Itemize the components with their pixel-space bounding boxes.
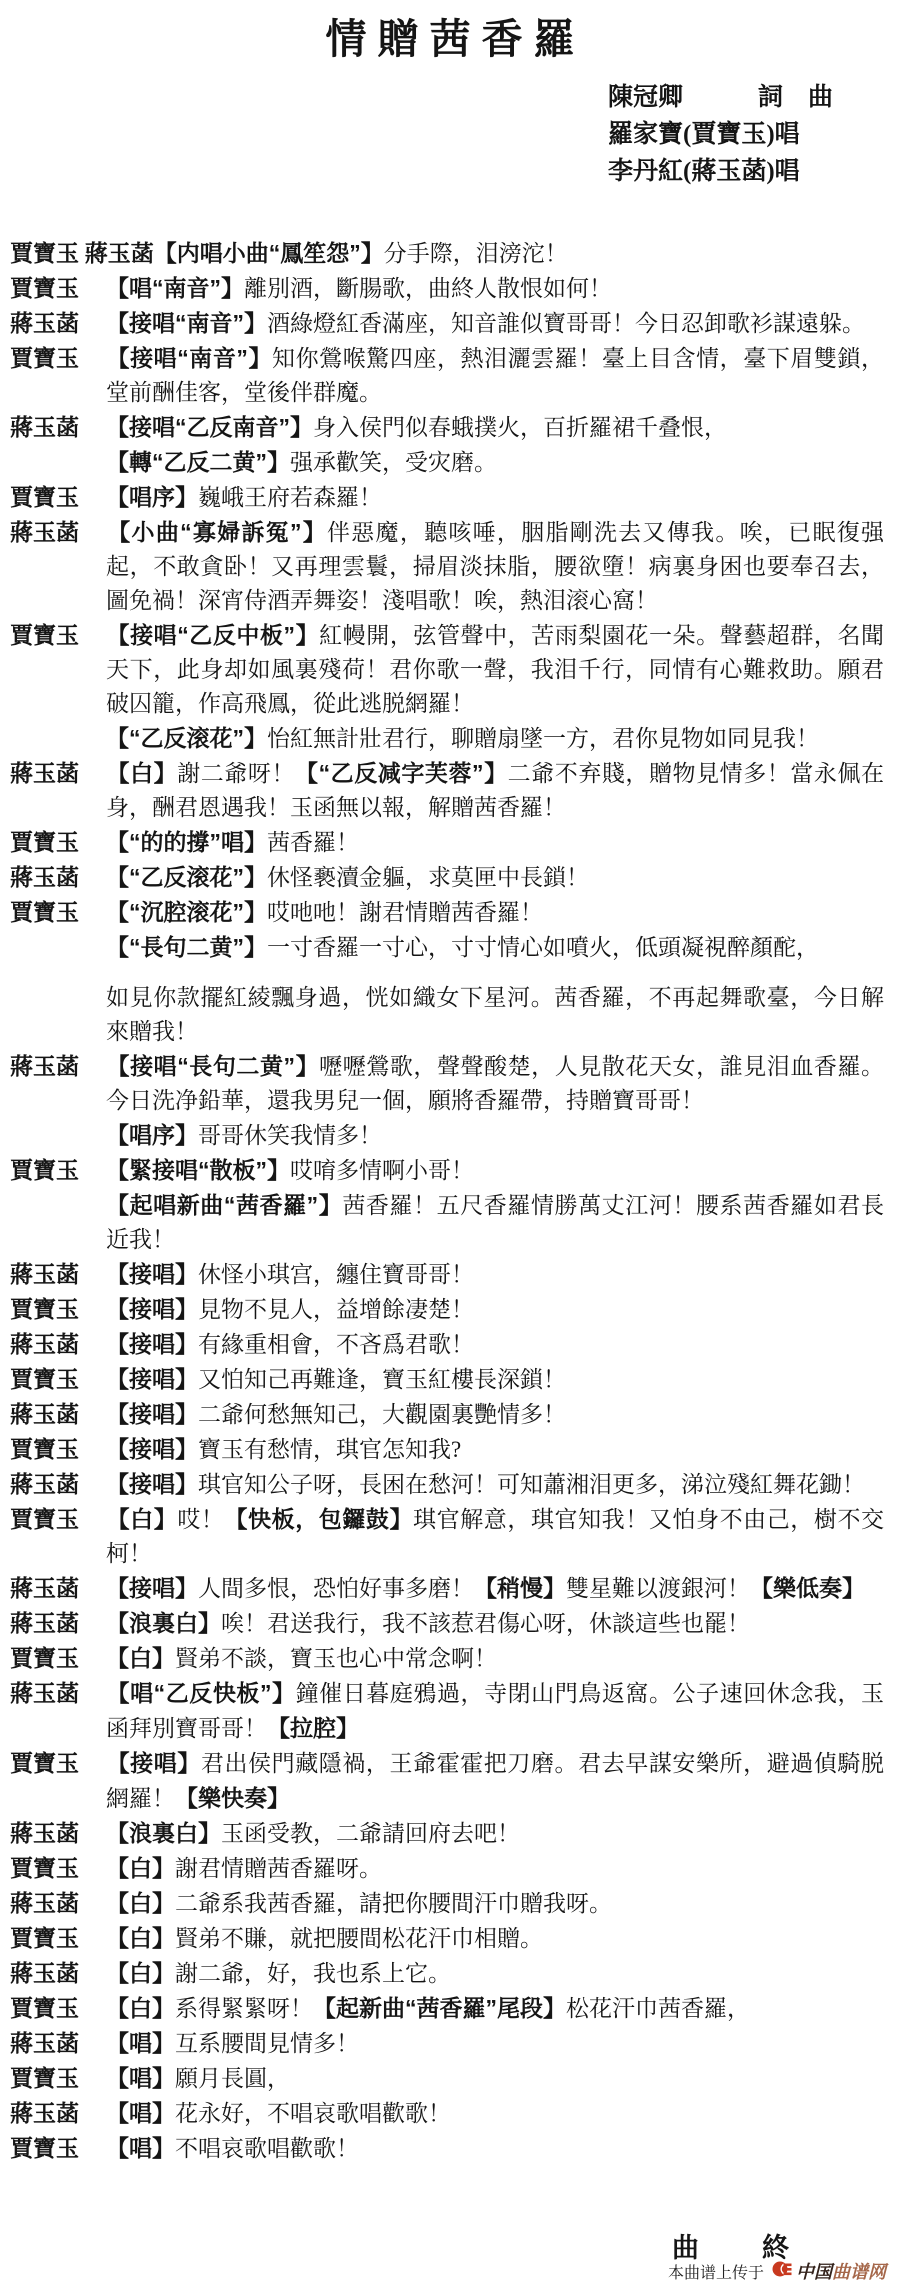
- script-row: 蔣玉菡【小曲“寡婦訴冤”】伴惡魔，聽咳唾，胭脂剛洗去又傳我。唉，已眠復强起，不敢…: [10, 515, 884, 618]
- script-row: 賈寶玉【接唱“乙反中板”】紅幔開，弦管聲中，苦雨梨園花一朵。聲藝超群，名聞天下，…: [10, 618, 884, 756]
- lyric-paragraph: 【“乙反滚花”】怡紅無計壯君行，聊贈扇墜一方，君你見物如同見我！: [106, 721, 884, 756]
- speaker-label: 賈寶玉: [10, 619, 106, 653]
- speaker-label: 蔣玉菡: [10, 1677, 106, 1711]
- script-row: 蔣玉菡【接唱】休怪小琪宫，纏住寶哥哥！: [10, 1257, 884, 1292]
- speaker-label: 蔣玉菡: [10, 1328, 106, 1362]
- lyric-text: 【接唱】有緣重相會，不吝爲君歌！: [106, 1332, 474, 1357]
- speaker-label: 蔣玉菡: [10, 1050, 106, 1084]
- speaker-label: 蔣玉菡: [10, 307, 106, 341]
- speaker-label: 賈寶玉: [10, 481, 106, 515]
- script-row: 賈寶玉【唱】不唱哀歌唱歡歌！: [10, 2131, 884, 2166]
- script-row: 賈寶玉 蔣玉菡【内唱小曲“鳳笙怨”】分手際，泪滂沱！: [10, 236, 884, 271]
- script-row: 蔣玉菡【“乙反滚花”】休怪褻瀆金軀，求莫匣中長鎖！: [10, 860, 884, 895]
- speaker-label: 賈寶玉: [10, 1363, 106, 1397]
- lyric-text: 【接唱“長句二黄”】嚦嚦鶯歌，聲聲酸楚，人見散花天女，誰見泪血香羅。今日洗净鉛華…: [106, 1054, 884, 1113]
- lyric-text: 【唱序】巍峨王府若森羅！: [106, 485, 382, 510]
- lyric-text: 【接唱】見物不見人，益增餘凄楚！: [106, 1297, 474, 1322]
- credit-composer: 陳冠卿 詞 曲: [608, 79, 848, 116]
- script-row: 賈寶玉【接唱“南音”】知你鶯喉驚四座，熱泪灑雲羅！臺上目含情，臺下眉雙鎖，堂前酬…: [10, 341, 884, 410]
- script-row: 賈寶玉【白】賢弟不賺，就把腰間松花汗巾相贈。: [10, 1921, 884, 1956]
- lyric-text: 【唱“乙反快板”】鐘催日暮庭鴉過，寺閉山門鳥返窩。公子速回休念我，玉函拜別寶哥哥…: [106, 1681, 884, 1741]
- speaker-label: 蔣玉菡: [10, 1817, 106, 1851]
- lyric-text: 【唱】願月長圓，: [106, 2066, 290, 2091]
- site-name-red: 曲谱网: [832, 2258, 886, 2284]
- lyric-text: 【浪裏白】玉函受教，二爺請回府去吧！: [106, 1821, 520, 1846]
- lyric-paragraph: 如見你款擺紅綾飄身過，恍如織女下星河。茜香羅，不再起舞歌臺，今日解來贈我！: [106, 981, 884, 1049]
- script-row: 蔣玉菡【浪裏白】唉！君送我行，我不該惹君傷心呀，休談這些也罷！: [10, 1606, 884, 1641]
- script-row: 蔣玉菡【接唱】有緣重相會，不吝爲君歌！: [10, 1327, 884, 1362]
- lyric-text: 【緊接唱“散板”】哎唷多情啊小哥！: [106, 1158, 474, 1183]
- script-row: 蔣玉菡【接唱】人間多恨，恐怕好事多磨！【稍慢】雙星難以渡銀河！【樂低奏】: [10, 1571, 884, 1606]
- speaker-label: 蔣玉菡: [10, 861, 106, 895]
- script-row: 賈寶玉【唱】願月長圓，: [10, 2061, 884, 2096]
- script-row: 蔣玉菡【接唱“長句二黄”】嚦嚦鶯歌，聲聲酸楚，人見散花天女，誰見泪血香羅。今日洗…: [10, 1049, 884, 1153]
- site-logo-icon: [772, 2259, 792, 2284]
- speaker-label: 蔣玉菡: [10, 1468, 106, 1502]
- speaker-label: 蔣玉菡: [10, 757, 106, 791]
- lyric-text: 【接唱“乙反南音”】身入侯門似春蛾撲火，百折羅裙千叠恨，: [106, 415, 727, 440]
- script-row: 蔣玉菡【唱】互系腰間見情多！: [10, 2026, 884, 2061]
- script-row: 蔣玉菡【白】二爺系我茜香羅，請把你腰間汗巾贈我呀。: [10, 1886, 884, 1921]
- script-row: 蔣玉菡【唱“乙反快板”】鐘催日暮庭鴉過，寺閉山門鳥返窩。公子速回休念我，玉函拜別…: [10, 1676, 884, 1746]
- lyric-text: 【白】哎！【快板，包鑼鼓】琪官解意，琪官知我！又怕身不由己，樹不交柯！: [106, 1507, 884, 1566]
- script-row: 賈寶玉【緊接唱“散板”】哎唷多情啊小哥！【起唱新曲“茜香羅”】茜香羅！五尺香羅情…: [10, 1153, 884, 1257]
- speaker-label: 蔣玉菡: [10, 411, 106, 445]
- speaker-label: 蔣玉菡: [10, 1258, 106, 1292]
- lyric-paragraph: 【“長句二黄”】一寸香羅一寸心，寸寸情心如噴火，低頭凝視醉顏酡，: [106, 930, 884, 965]
- lyric-text: 【小曲“寡婦訴冤”】伴惡魔，聽咳唾，胭脂剛洗去又傳我。唉，已眠復强起，不敢貪卧！…: [106, 520, 884, 613]
- lyric-text: 【白】賢弟不談，寶玉也心中常念啊！: [106, 1646, 497, 1671]
- script-row: 賈寶玉【唱序】巍峨王府若森羅！: [10, 480, 884, 515]
- script-row: 賈寶玉【唱“南音”】離別酒，斷腸歌，曲終人散恨如何！: [10, 271, 884, 306]
- speaker-label: 蔣玉菡: [10, 1957, 106, 1991]
- lyric-text: 【唱】花永好，不唱哀歌唱歡歌！: [106, 2101, 451, 2126]
- speaker-label: 賈寶玉: [10, 2062, 106, 2096]
- lyric-text: 【接唱“乙反中板”】紅幔開，弦管聲中，苦雨梨園花一朵。聲藝超群，名聞天下，此身却…: [106, 623, 884, 716]
- script-row: 賈寶玉【“的的撐”唱】茜香羅！: [10, 825, 884, 860]
- speaker-label: 蔣玉菡: [10, 516, 106, 550]
- lyric-text: 【“沉腔滚花”】哎吔吔！謝君情贈茜香羅！: [106, 900, 543, 925]
- lyric-text: 【接唱】寶玉有愁情，琪官怎知我?: [106, 1437, 461, 1462]
- speaker-label: 賈寶玉 蔣玉菡: [10, 237, 154, 271]
- lyric-paragraph: 【唱序】哥哥休笑我情多！: [106, 1118, 884, 1153]
- lyric-text: 【接唱“南音”】酒綠燈紅香滿座，知音誰似寶哥哥！今日忍卸歌衫謀遠躲。: [106, 311, 865, 336]
- lyric-text: 【“乙反滚花”】休怪褻瀆金軀，求莫匣中長鎖！: [106, 865, 589, 890]
- script-row: 蔣玉菡【白】謝二爺，好，我也系上它。: [10, 1956, 884, 1991]
- script-row: 蔣玉菡【唱】花永好，不唱哀歌唱歡歌！: [10, 2096, 884, 2131]
- speaker-label: 蔣玉菡: [10, 2097, 106, 2131]
- lyric-text: 【“的的撐”唱】茜香羅！: [106, 830, 359, 855]
- script-row: 蔣玉菡【接唱“乙反南音”】身入侯門似春蛾撲火，百折羅裙千叠恨，【轉“乙反二黄”】…: [10, 410, 884, 480]
- lyric-text: 【接唱】又怕知己再難逢，寶玉紅樓長深鎖！: [106, 1367, 566, 1392]
- score-page: 情贈茜香羅 陳冠卿 詞 曲 羅家寶(賈寶玉)唱 李丹紅(蔣玉菡)唱 賈寶玉 蔣玉…: [0, 0, 900, 2290]
- lyric-text: 【内唱小曲“鳳笙怨”】分手際，泪滂沱！: [154, 241, 568, 266]
- lyric-paragraph: 【起唱新曲“茜香羅”】茜香羅！五尺香羅情勝萬丈江河！腰系茜香羅如君長近我！: [106, 1188, 884, 1257]
- lyric-paragraph: 【轉“乙反二黄”】强承歡笑，受灾磨。: [106, 445, 884, 480]
- lyric-text: 【接唱】休怪小琪宫，纏住寶哥哥！: [106, 1262, 474, 1287]
- lyric-text: 【接唱】人間多恨，恐怕好事多磨！【稍慢】雙星難以渡銀河！【樂低奏】: [106, 1576, 865, 1601]
- lyric-text: 【接唱“南音”】知你鶯喉驚四座，熱泪灑雲羅！臺上目含情，臺下眉雙鎖，堂前酬佳客，…: [106, 346, 884, 405]
- lyric-text: 【唱】互系腰間見情多！: [106, 2031, 359, 2056]
- page-title: 情贈茜香羅: [0, 0, 900, 65]
- lyric-text: 【唱】不唱哀歌唱歡歌！: [106, 2136, 359, 2161]
- speaker-label: 賈寶玉: [10, 1293, 106, 1327]
- script-row: 賈寶玉【接唱】見物不見人，益增餘凄楚！: [10, 1292, 884, 1327]
- speaker-label: 賈寶玉: [10, 272, 106, 306]
- lyric-text: 【接唱】琪官知公子呀，長困在愁河！可知蕭湘泪更多，涕泣殘紅舞花鋤！: [106, 1472, 865, 1497]
- speaker-label: 蔣玉菡: [10, 2027, 106, 2061]
- lyric-text: 【白】系得緊緊呀！【起新曲“茜香羅”尾段】松花汗巾茜香羅，: [106, 1996, 750, 2021]
- speaker-label: 蔣玉菡: [10, 1887, 106, 1921]
- speaker-label: 賈寶玉: [10, 1922, 106, 1956]
- lyric-text: 【浪裏白】唉！君送我行，我不該惹君傷心呀，休談這些也罷！: [106, 1611, 750, 1636]
- speaker-label: 賈寶玉: [10, 2132, 106, 2166]
- watermark: 本曲谱上传于 中国 曲谱网: [668, 2258, 886, 2284]
- script-row: 賈寶玉【白】哎！【快板，包鑼鼓】琪官解意，琪官知我！又怕身不由己，樹不交柯！: [10, 1502, 884, 1571]
- speaker-label: 賈寶玉: [10, 1503, 106, 1537]
- lyric-text: 【白】謝君情贈茜香羅呀。: [106, 1856, 382, 1881]
- speaker-label: 賈寶玉: [10, 1747, 106, 1781]
- speaker-label: 賈寶玉: [10, 1992, 106, 2026]
- lyric-text: 【白】謝二爺，好，我也系上它。: [106, 1961, 451, 1986]
- lyric-text: 【白】謝二爺呀！【“乙反减字芙蓉”】二爺不弃賤，贈物見情多！當永佩在身，酬君恩遇…: [106, 761, 884, 820]
- speaker-label: 賈寶玉: [10, 342, 106, 376]
- script-row: 賈寶玉【“沉腔滚花”】哎吔吔！謝君情贈茜香羅！【“長句二黄”】一寸香羅一寸心，寸…: [10, 895, 884, 1049]
- script-row: 蔣玉菡【浪裏白】玉函受教，二爺請回府去吧！: [10, 1816, 884, 1851]
- script-row: 蔣玉菡【接唱】琪官知公子呀，長困在愁河！可知蕭湘泪更多，涕泣殘紅舞花鋤！: [10, 1467, 884, 1502]
- lyric-text: 【接唱】君出侯門藏隱禍，王爺霍霍把刀磨。君去早謀安樂所，避過偵騎脱網羅！【樂快奏…: [106, 1751, 884, 1811]
- speaker-label: 賈寶玉: [10, 1852, 106, 1886]
- script-row: 蔣玉菡【接唱】二爺何愁無知己，大觀園裏艷情多！: [10, 1397, 884, 1432]
- speaker-label: 賈寶玉: [10, 896, 106, 930]
- speaker-label: 賈寶玉: [10, 826, 106, 860]
- script-row: 賈寶玉【白】賢弟不談，寶玉也心中常念啊！: [10, 1641, 884, 1676]
- script-row: 賈寶玉【白】謝君情贈茜香羅呀。: [10, 1851, 884, 1886]
- site-name-black: 中国: [796, 2258, 832, 2284]
- speaker-label: 蔣玉菡: [10, 1572, 106, 1606]
- script-row: 賈寶玉【白】系得緊緊呀！【起新曲“茜香羅”尾段】松花汗巾茜香羅，: [10, 1991, 884, 2026]
- lyric-text: 【白】賢弟不賺，就把腰間松花汗巾相贈。: [106, 1926, 543, 1951]
- watermark-text: 本曲谱上传于: [668, 2260, 764, 2283]
- script-row: 蔣玉菡【白】謝二爺呀！【“乙反减字芙蓉”】二爺不弃賤，贈物見情多！當永佩在身，酬…: [10, 756, 884, 825]
- credit-singer-2: 李丹紅(蔣玉菡)唱: [608, 153, 848, 190]
- speaker-label: 蔣玉菡: [10, 1398, 106, 1432]
- credit-singer-1: 羅家寶(賈寶玉)唱: [608, 116, 848, 153]
- speaker-label: 賈寶玉: [10, 1433, 106, 1467]
- script-row: 蔣玉菡【接唱“南音”】酒綠燈紅香滿座，知音誰似寶哥哥！今日忍卸歌衫謀遠躲。: [10, 306, 884, 341]
- lyric-text: 【接唱】二爺何愁無知己，大觀園裏艷情多！: [106, 1402, 566, 1427]
- credits-block: 陳冠卿 詞 曲 羅家寶(賈寶玉)唱 李丹紅(蔣玉菡)唱: [608, 79, 848, 190]
- script-row: 賈寶玉【接唱】寶玉有愁情，琪官怎知我?: [10, 1432, 884, 1467]
- speaker-label: 賈寶玉: [10, 1642, 106, 1676]
- script-rows: 賈寶玉 蔣玉菡【内唱小曲“鳳笙怨”】分手際，泪滂沱！賈寶玉【唱“南音”】離別酒，…: [0, 190, 900, 2166]
- lyric-text: 【唱“南音”】離別酒，斷腸歌，曲終人散恨如何！: [106, 276, 612, 301]
- script-row: 賈寶玉【接唱】又怕知己再難逢，寶玉紅樓長深鎖！: [10, 1362, 884, 1397]
- speaker-label: 賈寶玉: [10, 1154, 106, 1188]
- script-row: 賈寶玉【接唱】君出侯門藏隱禍，王爺霍霍把刀磨。君去早謀安樂所，避過偵騎脱網羅！【…: [10, 1746, 884, 1816]
- lyric-text: 【白】二爺系我茜香羅，請把你腰間汗巾贈我呀。: [106, 1891, 612, 1916]
- speaker-label: 蔣玉菡: [10, 1607, 106, 1641]
